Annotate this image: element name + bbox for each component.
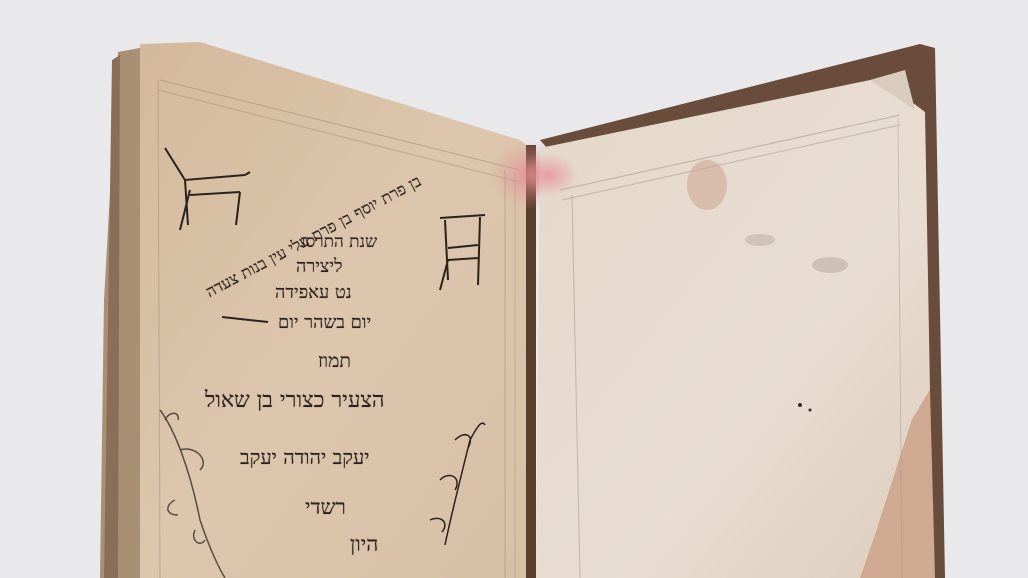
- text-line-5: רשדי: [305, 495, 346, 520]
- book-illustration: [0, 0, 1028, 578]
- center-text-2: ליצירה: [296, 256, 343, 277]
- line-text-3: הצעיר כצורי בן שאול: [205, 388, 385, 413]
- center-line-3: נט עאפידה: [275, 282, 352, 303]
- line-text-6: היון: [350, 532, 378, 556]
- line-text-4: יעקב יהודה יעקב: [240, 445, 370, 469]
- line-text-5: רשדי: [305, 495, 346, 519]
- text-line-1: יום בשהר יום: [278, 312, 371, 333]
- center-line-1: שנת התרסג: [300, 232, 377, 252]
- center-text-3: נט עאפידה: [275, 282, 352, 303]
- text-line-3: הצעיר כצורי בן שאול: [205, 387, 385, 413]
- manuscript-photo: בן פרת יוסף בן פרת עלי עין בנות צעדה שנת…: [0, 0, 1028, 578]
- line-text-2: תמוז: [318, 350, 351, 372]
- text-line-2: תמוז: [318, 350, 351, 373]
- text-line-6: היון: [350, 532, 378, 557]
- right-page: [536, 78, 930, 578]
- center-text-1: שנת התרסג: [300, 232, 377, 252]
- center-line-2: ליצירה: [296, 256, 343, 277]
- line-text-1: יום בשהר יום: [278, 312, 371, 333]
- text-line-4: יעקב יהודה יעקב: [240, 445, 370, 470]
